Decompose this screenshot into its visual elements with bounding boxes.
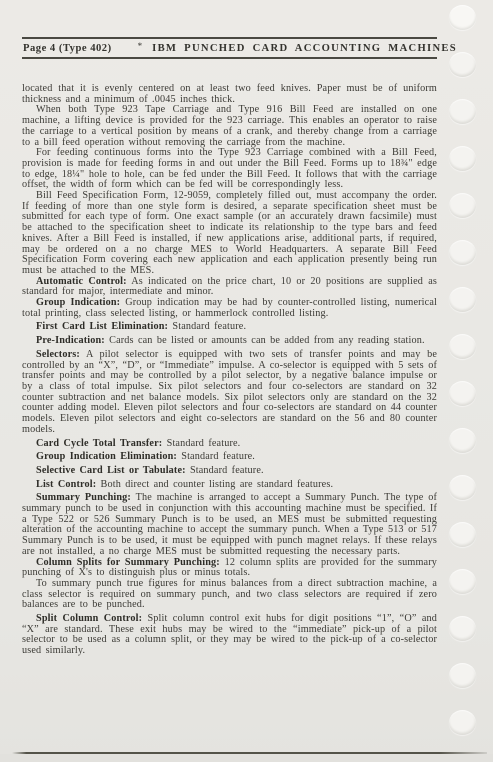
paragraph-lead: Automatic Control: bbox=[36, 276, 127, 287]
paragraph: Pre-Indication: Cards can be listed or a… bbox=[22, 336, 437, 347]
paragraph: Summary Punching: The machine is arrange… bbox=[22, 493, 437, 557]
paragraph: located that it is evenly centered on at… bbox=[22, 84, 437, 105]
binder-hole bbox=[449, 5, 476, 30]
paragraph-lead: Selectors: bbox=[36, 349, 80, 360]
paragraph: List Control: Both direct and counter li… bbox=[22, 480, 437, 491]
binder-hole bbox=[449, 710, 476, 735]
paragraph: Automatic Control: As indicated on the p… bbox=[22, 277, 437, 298]
binder-hole bbox=[449, 381, 476, 406]
page-bottom-shadow bbox=[0, 754, 493, 762]
binder-hole bbox=[449, 240, 476, 265]
binder-hole bbox=[449, 193, 476, 218]
asterisk-separator-icon: * bbox=[138, 41, 143, 51]
running-head: Page 4 (Type 402) * IBM PUNCHED CARD ACC… bbox=[22, 39, 437, 57]
binder-hole bbox=[449, 146, 476, 171]
paragraph: Bill Feed Specification Form, 12-9059, c… bbox=[22, 191, 437, 277]
paragraph: First Card List Elimination: Standard fe… bbox=[22, 322, 437, 333]
page-header: Page 4 (Type 402) * IBM PUNCHED CARD ACC… bbox=[22, 37, 437, 59]
binder-hole bbox=[449, 287, 476, 312]
paragraph: For feeding continuous forms into the Ty… bbox=[22, 148, 437, 191]
paragraph-lead: Split Column Control: bbox=[36, 613, 142, 624]
paragraph: Split Column Control: Split column contr… bbox=[22, 614, 437, 657]
header-rule-bottom bbox=[22, 57, 437, 59]
paragraph-lead: Group Indication: bbox=[36, 297, 120, 308]
paragraph-lead: Selective Card List or Tabulate: bbox=[36, 465, 186, 476]
paragraph: To summary punch true figures for minus … bbox=[22, 579, 437, 611]
paragraph: Group Indication: Group indication may b… bbox=[22, 298, 437, 319]
binder-hole bbox=[449, 522, 476, 547]
binder-hole bbox=[449, 334, 476, 359]
binder-hole bbox=[449, 99, 476, 124]
binder-hole bbox=[449, 569, 476, 594]
paragraph-lead: Pre-Indication: bbox=[36, 335, 105, 346]
paragraph-lead: Card Cycle Total Transfer: bbox=[36, 438, 162, 449]
binder-hole bbox=[449, 663, 476, 688]
paragraph: Card Cycle Total Transfer: Standard feat… bbox=[22, 439, 437, 450]
paragraph-lead: List Control: bbox=[36, 479, 96, 490]
paragraph: Group Indication Elimination: Standard f… bbox=[22, 452, 437, 463]
paragraph-lead: First Card List Elimination: bbox=[36, 321, 168, 332]
paragraph: Selective Card List or Tabulate: Standar… bbox=[22, 466, 437, 477]
binder-hole bbox=[449, 475, 476, 500]
page-number-label: Page 4 (Type 402) bbox=[23, 43, 112, 54]
book-title: IBM PUNCHED CARD ACCOUNTING MACHINES bbox=[152, 43, 457, 54]
paragraph-lead: Summary Punching: bbox=[36, 492, 131, 503]
paragraph: Selectors: A pilot selector is equipped … bbox=[22, 350, 437, 436]
paragraph: When both Type 923 Tape Carriage and Typ… bbox=[22, 105, 437, 148]
binder-hole bbox=[449, 616, 476, 641]
document-body: located that it is evenly centered on at… bbox=[22, 84, 437, 657]
binder-hole bbox=[449, 428, 476, 453]
paragraph: Column Splits for Summary Punching: 12 c… bbox=[22, 558, 437, 579]
paragraph-lead: Group Indication Elimination: bbox=[36, 451, 177, 462]
binder-hole bbox=[449, 52, 476, 77]
scanned-manual-page: Page 4 (Type 402) * IBM PUNCHED CARD ACC… bbox=[0, 0, 493, 762]
paragraph-lead: Column Splits for Summary Punching: bbox=[36, 557, 220, 568]
